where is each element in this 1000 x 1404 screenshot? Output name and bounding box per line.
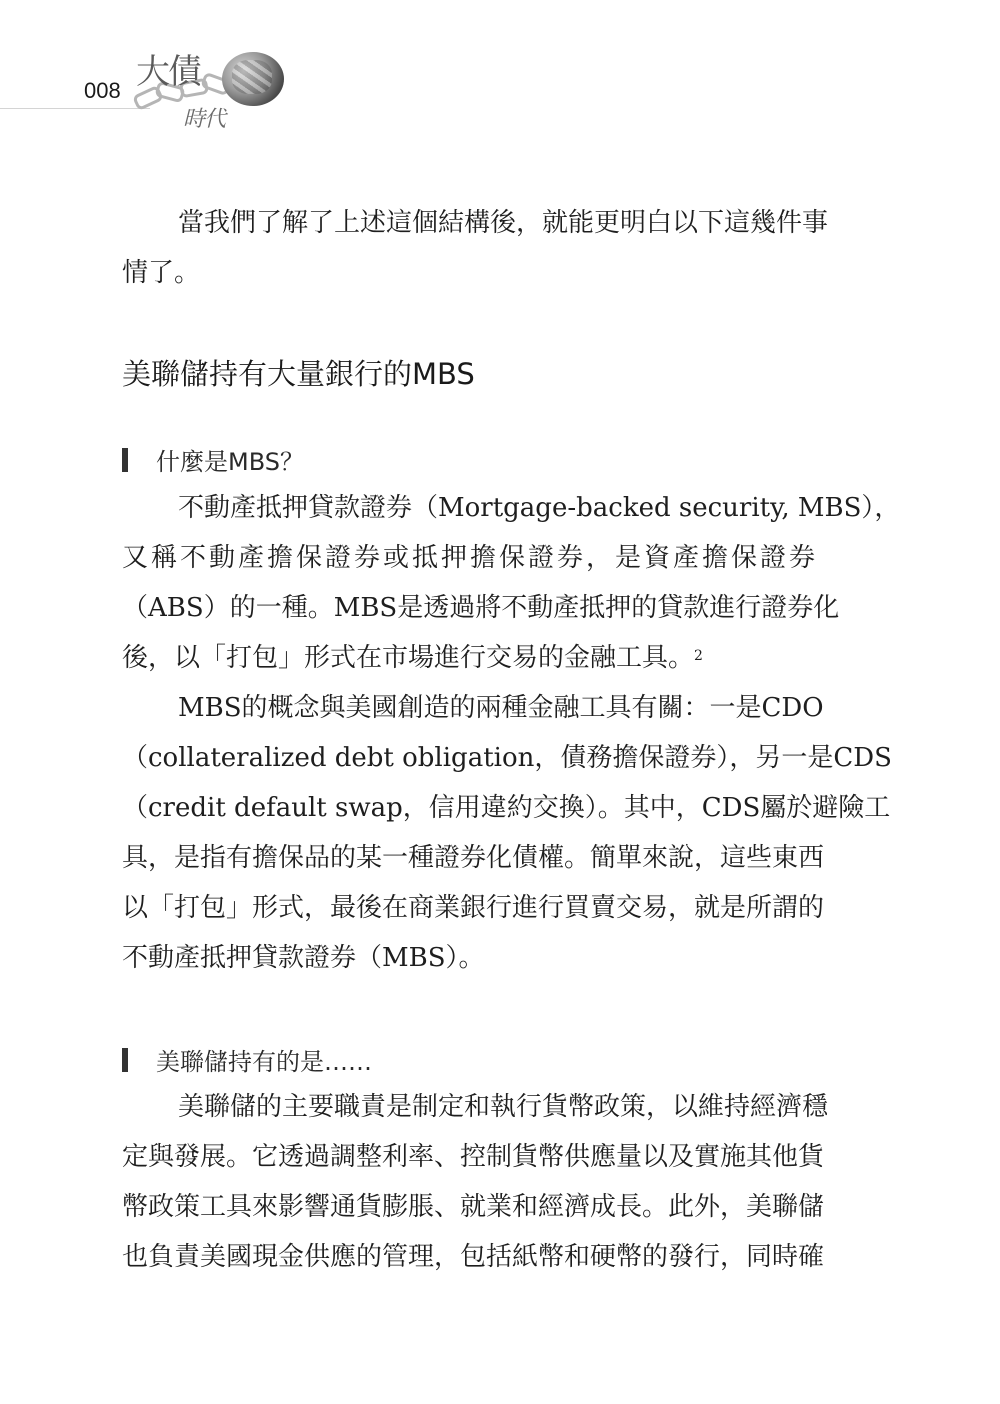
heading-bar-icon — [122, 448, 128, 472]
subsection-heading-what-is-mbs: 什麼是MBS？ — [122, 442, 304, 477]
text-line: 以「打包」形式，最後在商業銀行進行買賣交易，就是所謂的 — [122, 883, 882, 933]
subsection-heading-text: 什麼是MBS？ — [156, 442, 304, 477]
intro-paragraph: 當我們了解了上述這個結構後，就能更明白以下這幾件事 情了。 — [122, 198, 882, 298]
text-line: 後，以「打包」形式在市場進行交易的金融工具。2 — [122, 633, 882, 683]
book-title-line2: 時代 — [183, 102, 225, 133]
page-number: 008 — [84, 78, 121, 104]
text-line: （ABS）的一種。MBS是透過將不動產抵押的貸款進行證券化 — [122, 583, 882, 633]
text-line: （credit default swap，信用違約交換）。其中，CDS屬於避險工 — [122, 783, 882, 833]
text-line: 不動產抵押貸款證券（MBS）。 — [122, 933, 882, 983]
text-line: 具，是指有擔保品的某一種證券化債權。簡單來說，這些東西 — [122, 833, 882, 883]
book-title-line1: 大債 — [136, 44, 200, 93]
money-ball-icon — [222, 52, 284, 106]
text-line: 不動產抵押貸款證券（Mortgage-backed security, MBS）… — [122, 483, 882, 533]
section-title: 美聯儲持有大量銀行的MBS — [122, 352, 475, 393]
paragraph-mbs-concept: MBS的概念與美國創造的兩種金融工具有關：一是CDO （collateraliz… — [122, 683, 882, 983]
text-line: 當我們了解了上述這個結構後，就能更明白以下這幾件事 — [122, 198, 882, 248]
subsection-heading-fed-holds: 美聯儲持有的是…… — [122, 1042, 372, 1077]
heading-bar-icon — [122, 1048, 128, 1072]
paragraph-fed-duties: 美聯儲的主要職責是制定和執行貨幣政策，以維持經濟穩 定與發展。它透過調整利率、控… — [122, 1082, 882, 1282]
paragraph-mbs-definition: 不動產抵押貸款證券（Mortgage-backed security, MBS）… — [122, 483, 882, 683]
page-header: 008 大債 時代 — [0, 0, 1000, 150]
text-line: 也負責美國現金供應的管理，包括紙幣和硬幣的發行，同時確 — [122, 1232, 882, 1282]
text-line: 幣政策工具來影響通貨膨脹、就業和經濟成長。此外，美聯儲 — [122, 1182, 882, 1232]
text-line: 又稱不動產擔保證券或抵押擔保證券，是資產擔保證券 — [122, 533, 882, 583]
header-rule — [0, 108, 150, 109]
subsection-heading-text: 美聯儲持有的是…… — [156, 1042, 372, 1077]
text-line: 情了。 — [122, 248, 882, 298]
text-line: 定與發展。它透過調整利率、控制貨幣供應量以及實施其他貨 — [122, 1132, 882, 1182]
text-line-content: 後，以「打包」形式在市場進行交易的金融工具。 — [122, 643, 694, 673]
text-line: （collateralized debt obligation，債務擔保證券），… — [122, 733, 882, 783]
text-line: 美聯儲的主要職責是制定和執行貨幣政策，以維持經濟穩 — [122, 1082, 882, 1132]
footnote-marker: 2 — [694, 648, 703, 664]
text-line: MBS的概念與美國創造的兩種金融工具有關：一是CDO — [122, 683, 882, 733]
